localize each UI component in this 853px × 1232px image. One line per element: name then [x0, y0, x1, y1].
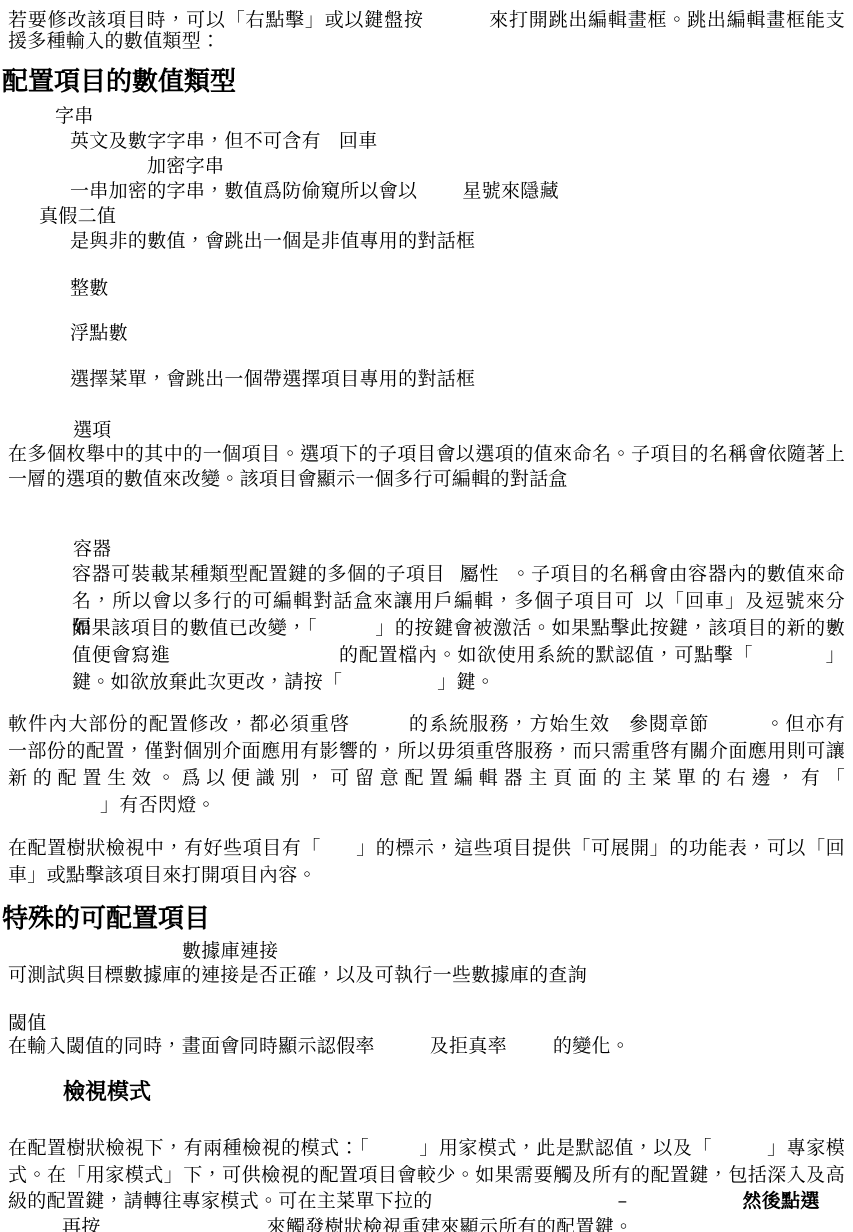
- text-run: 級的配置鍵，請轉往專家模式。可在主菜單下拉的: [8, 1190, 433, 1212]
- text-run: 星號來隱藏: [462, 180, 559, 202]
- restart-para-line-3: 新的配置生效。爲以便識別，可留意配置編輯器主頁面的主菜單的右邊，有「: [8, 765, 845, 791]
- text-run: 鍵。如欲放棄此次更改，請按「: [72, 671, 342, 693]
- text-run: 加密字串: [147, 155, 224, 177]
- text-run: 一部份的配置，僅對個別介面應用有影響的，所以毋須重啓服務，而只需重啓有關介面應用…: [8, 740, 845, 762]
- text-run: 的配置檔內。如欲使用系統的默認值，可點擊「: [339, 644, 754, 666]
- text-run: 屬性: [459, 563, 499, 585]
- term-database-connection: 數據庫連接: [182, 938, 279, 964]
- term-container: 容器: [73, 536, 112, 562]
- text-run: 。子項目的名稱會由容器內的數值來命: [511, 563, 845, 585]
- text-run: 軟件內大部份的配置修改，都必須重啓: [8, 713, 350, 735]
- text-run: 浮點數: [70, 322, 128, 344]
- text-run: 車」或點擊該項目來打開項目內容。: [8, 864, 317, 886]
- text-gap: [321, 146, 339, 147]
- text-run: 」專家模: [767, 1137, 845, 1159]
- text-run: –: [618, 1190, 628, 1212]
- text-gap: [350, 729, 408, 730]
- text-run: 一層的選項的數值來改變。該項目會顯示一個多行可編輯的對話盒: [8, 468, 568, 490]
- text-run: 。但亦有: [765, 713, 846, 735]
- text-run: 式。在「用家模式」下，可供檢視的配置項目會較少。如果需要觸及所有的配置鍵，包括深…: [8, 1164, 845, 1186]
- text-run: 在配置樹狀檢視下，有兩種檢視的模式：「: [8, 1137, 369, 1159]
- desc-container-line-3: 如果該項目的數值已改變，「」的按鍵會被激活。如果點擊此按鍵，該項目的新的數: [72, 615, 845, 641]
- desc-container-line-1: 容器可裝載某種類型配置鍵的多個的子項目屬性。子項目的名稱會由容器內的數值來命: [72, 561, 845, 587]
- tree-view-para-line-1: 在配置樹狀檢視中，有好些項目有「」的標示，這些項目提供「可展開」的功能表，可以「…: [8, 835, 845, 861]
- text-gap: [635, 606, 644, 607]
- view-mode-para-line-3: 級的配置鍵，請轉往專家模式。可在主菜單下拉的–然後點選: [8, 1188, 820, 1214]
- text-gap: [627, 1206, 742, 1207]
- text-gap: [433, 1206, 618, 1207]
- text-run: 容器可裝載某種類型配置鍵的多個的子項目: [72, 563, 445, 585]
- text-run: 檢視模式: [63, 1079, 151, 1105]
- text-run: 可測試與目標數據庫的連接是否正確，以及可執行一些數據庫的查詢: [8, 964, 587, 986]
- document-page: 若要修改該項目時，可以「右點擊」或以鍵盤按來打開跳出編輯畫框。跳出編輯畫框能支援…: [0, 0, 853, 1232]
- heading-view-mode: 檢視模式: [63, 1080, 151, 1104]
- text-run: 英文及數字字串，但不可含有: [70, 130, 321, 152]
- text-run: 在配置樹狀檢視中，有好些項目有「: [8, 837, 321, 859]
- text-gap: [507, 1051, 553, 1052]
- text-gap: [445, 579, 459, 580]
- text-gap: [417, 196, 462, 197]
- text-gap: [369, 1153, 419, 1154]
- text-run: 在輸入閾值的同時，畫面會同時顯示認假率: [8, 1035, 375, 1057]
- text-run: 字串: [55, 105, 94, 127]
- restart-para-line-1: 軟件內大部份的配置修改，都必須重啓的系統服務，方始生效參閱章節。但亦有: [8, 711, 845, 737]
- text-run: 援多種輸入的數值類型：: [8, 30, 220, 52]
- text-run: 參閱章節: [628, 713, 709, 735]
- term-encrypted-string: 加密字串: [147, 153, 224, 179]
- term-float: 浮點數: [70, 320, 128, 346]
- desc-boolean: 是與非的數值，會跳出一個是非值專用的對話框: [70, 228, 475, 254]
- text-run: 是與非的數值，會跳出一個是非值專用的對話框: [70, 230, 475, 252]
- text-run: 」用家模式，此是默認值，以及「: [419, 1137, 712, 1159]
- desc-container-line-5: 鍵。如欲放棄此次更改，請按「」鍵。: [72, 669, 495, 695]
- text-run: 特殊的可配置項目: [2, 904, 210, 934]
- text-run: 」鍵。: [437, 671, 495, 693]
- text-gap: [321, 853, 356, 854]
- text-gap: [171, 660, 339, 661]
- desc-option-line-2: 一層的選項的數值來改變。該項目會顯示一個多行可編輯的對話盒: [8, 466, 568, 492]
- text-gap: [710, 729, 765, 730]
- text-run: 閾值: [8, 1012, 47, 1034]
- text-gap: [712, 1153, 767, 1154]
- desc-threshold: 在輸入閾值的同時，畫面會同時顯示認假率及拒真率的變化。: [8, 1033, 630, 1059]
- text-run: 來打開跳出編輯畫框。跳出編輯畫框能支: [489, 9, 845, 31]
- text-run: 數據庫連接: [182, 940, 279, 962]
- intro-line-2: 援多種輸入的數值類型：: [8, 28, 220, 54]
- term-integer: 整數: [70, 275, 109, 301]
- text-run: 如果該項目的數值已改變，「: [72, 617, 317, 639]
- view-mode-para-line-1: 在配置樹狀檢視下，有兩種檢視的模式：「」用家模式，此是默認值，以及「」專家模: [8, 1135, 845, 1161]
- text-run: 容器: [73, 538, 112, 560]
- text-run: 在多個枚舉中的其中的一個項目。選項下的子項目會以選項的值來命名。子項目的名稱會依…: [8, 443, 845, 465]
- tree-view-para-line-2: 車」或點擊該項目來打開項目內容。: [8, 862, 317, 888]
- restart-para-line-4: 」有否閃燈。: [100, 792, 216, 818]
- text-gap: [499, 579, 511, 580]
- desc-encrypted-string: 一串加密的字串，數值爲防偷窺所以會以星號來隱藏: [70, 178, 559, 204]
- view-mode-para-line-4: 再按來觸發樹狀檢視重建來顯示所有的配置鍵。: [62, 1214, 633, 1232]
- text-gap: [753, 660, 825, 661]
- term-boolean: 真假二值: [39, 203, 116, 229]
- term-option: 選項: [73, 417, 112, 443]
- desc-choice-menu: 選擇菜單，會跳出一個帶選擇項目專用的對話框: [70, 366, 475, 392]
- text-run: 」的標示，這些項目提供「可展開」的功能表，可以「回: [356, 837, 845, 859]
- text-run: 值便會寫進: [72, 644, 171, 666]
- text-run: 名，所以會以多行的可編輯對話盒來讓用戶編輯，多個子項目可: [72, 590, 635, 612]
- text-run: 選項: [73, 419, 112, 441]
- text-run: 的系統服務，方始生效: [408, 713, 610, 735]
- text-run: 及拒真率: [430, 1035, 507, 1057]
- restart-para-line-2: 一部份的配置，僅對個別介面應用有影響的，所以毋須重啓服務，而只需重啓有關介面應用…: [8, 738, 845, 764]
- text-gap: [424, 25, 489, 26]
- heading-special-items: 特殊的可配置項目: [2, 905, 210, 933]
- text-run: 的變化。: [553, 1035, 630, 1057]
- desc-container-line-4: 值便會寫進的配置檔內。如欲使用系統的默認值，可點擊「」: [72, 642, 845, 668]
- desc-string: 英文及數字字串，但不可含有回車: [70, 128, 378, 154]
- text-run: 真假二值: [39, 205, 116, 227]
- view-mode-para-line-2: 式。在「用家模式」下，可供檢視的配置項目會較少。如果需要觸及所有的配置鍵，包括深…: [8, 1162, 845, 1188]
- term-string: 字串: [55, 103, 94, 129]
- bold-text-run: 然後點選: [742, 1190, 819, 1212]
- text-gap: [610, 729, 628, 730]
- text-gap: [375, 1051, 430, 1052]
- desc-option-line-1: 在多個枚舉中的其中的一個項目。選項下的子項目會以選項的值來命名。子項目的名稱會依…: [8, 441, 845, 467]
- text-run: 新的配置生效。爲以便識別，可留意配置編輯器主頁面的主菜單的右邊，有「: [8, 767, 845, 789]
- text-gap: [342, 687, 437, 688]
- text-run: 一串加密的字串，數值爲防偷窺所以會以: [70, 180, 417, 202]
- text-run: 配置項目的數值類型: [2, 67, 236, 97]
- text-run: 整數: [70, 277, 109, 299]
- text-run: 」: [825, 644, 845, 666]
- desc-database-connection: 可測試與目標數據庫的連接是否正確，以及可執行一些數據庫的查詢: [8, 962, 587, 988]
- text-run: 再按: [62, 1216, 101, 1232]
- text-run: 回車: [339, 130, 378, 152]
- text-run: 」的按鍵會被激活。如果點擊此按鍵，該項目的新的數: [375, 617, 845, 639]
- text-gap: [317, 633, 375, 634]
- heading-value-types: 配置項目的數值類型: [2, 68, 236, 96]
- text-run: 」有否閃燈。: [100, 794, 216, 816]
- text-run: 選擇菜單，會跳出一個帶選擇項目專用的對話框: [70, 368, 475, 390]
- text-run: 來觸發樹狀檢視重建來顯示所有的配置鍵。: [267, 1216, 634, 1232]
